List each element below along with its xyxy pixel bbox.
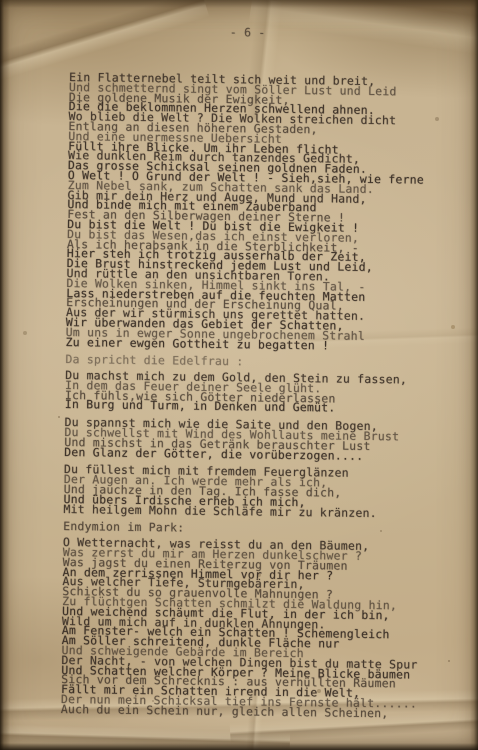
paper-edge-bottom [0, 743, 478, 750]
paper-edge-right [470, 0, 478, 750]
paper-edge-left [0, 0, 10, 750]
photographed-document: - 6 - Ein Flatternebel teilt sich weit u… [0, 0, 478, 750]
paper-edge-top [0, 0, 478, 8]
photo-vignette [0, 0, 478, 750]
